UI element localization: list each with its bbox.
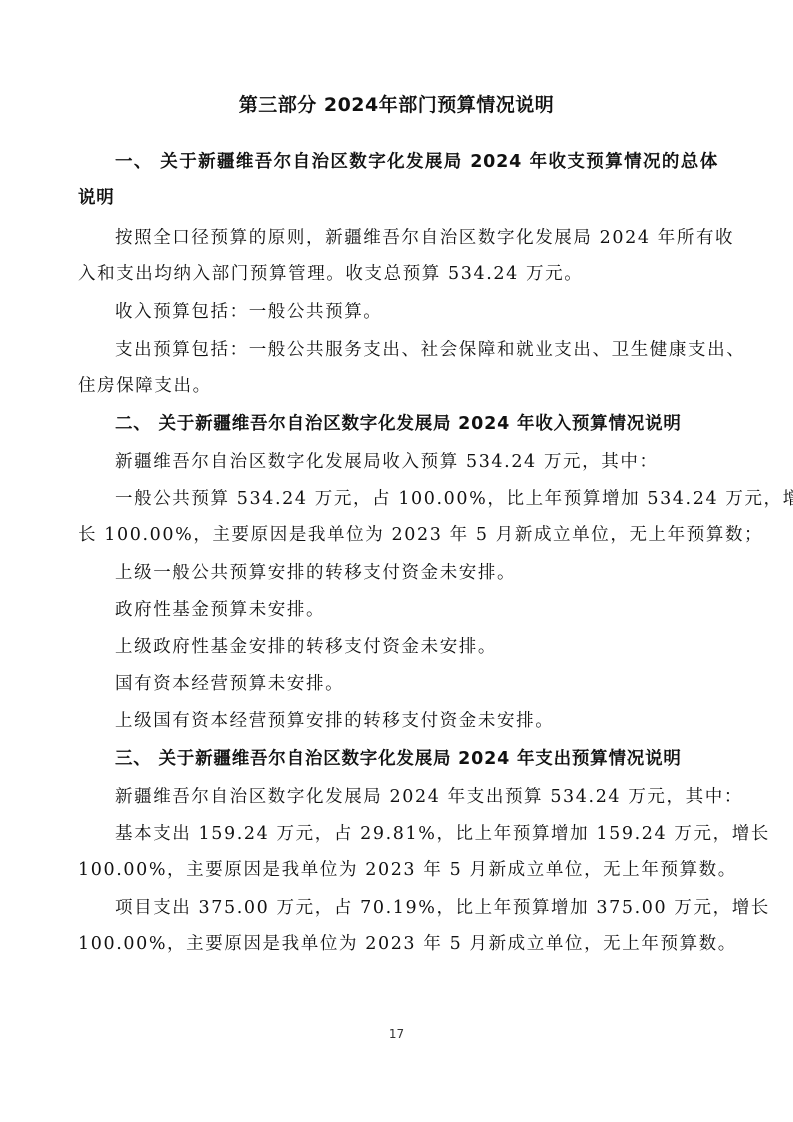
section-1-heading-cont: 说明 [78, 186, 718, 210]
paragraph: 上级一般公共预算安排的转移支付资金未安排。 [115, 561, 755, 585]
paragraph: 支出预算包括：一般公共服务支出、社会保障和就业支出、卫生健康支出、 [115, 338, 718, 362]
paragraph-cont: 住房保障支出。 [78, 374, 718, 398]
page-title: 第三部分 2024年部门预算情况说明 [0, 90, 793, 117]
paragraph-cont: 100.00%，主要原因是我单位为 2023 年 5 月新成立单位，无上年预算数… [78, 932, 718, 956]
paragraph-cont: 入和支出均纳入部门预算管理。收支总预算 534.24 万元。 [78, 262, 718, 286]
paragraph: 政府性基金预算未安排。 [115, 598, 755, 622]
section-1-heading: 一、 关于新疆维吾尔自治区数字化发展局 2024 年收支预算情况的总体 [115, 150, 718, 174]
paragraph: 项目支出 375.00 万元，占 70.19%，比上年预算增加 375.00 万… [115, 896, 718, 920]
paragraph: 基本支出 159.24 万元，占 29.81%，比上年预算增加 159.24 万… [115, 822, 718, 846]
paragraph: 收入预算包括：一般公共预算。 [115, 300, 755, 324]
paragraph: 一般公共预算 534.24 万元，占 100.00%，比上年预算增加 534.2… [115, 487, 718, 511]
paragraph: 新疆维吾尔自治区数字化发展局收入预算 534.24 万元，其中： [115, 450, 755, 474]
paragraph: 上级国有资本经营预算安排的转移支付资金未安排。 [115, 709, 755, 733]
paragraph-cont: 长 100.00%，主要原因是我单位为 2023 年 5 月新成立单位，无上年预… [78, 523, 718, 547]
paragraph: 按照全口径预算的原则，新疆维吾尔自治区数字化发展局 2024 年所有收 [115, 226, 718, 250]
paragraph-cont: 100.00%，主要原因是我单位为 2023 年 5 月新成立单位，无上年预算数… [78, 858, 718, 882]
section-2-heading: 二、 关于新疆维吾尔自治区数字化发展局 2024 年收入预算情况说明 [115, 412, 755, 436]
page-number: 17 [0, 1027, 793, 1041]
paragraph: 国有资本经营预算未安排。 [115, 672, 755, 696]
document-page: 第三部分 2024年部门预算情况说明 一、 关于新疆维吾尔自治区数字化发展局 2… [0, 0, 793, 1122]
paragraph: 上级政府性基金安排的转移支付资金未安排。 [115, 635, 755, 659]
section-3-heading: 三、 关于新疆维吾尔自治区数字化发展局 2024 年支出预算情况说明 [115, 747, 755, 771]
paragraph: 新疆维吾尔自治区数字化发展局 2024 年支出预算 534.24 万元，其中： [115, 785, 755, 809]
